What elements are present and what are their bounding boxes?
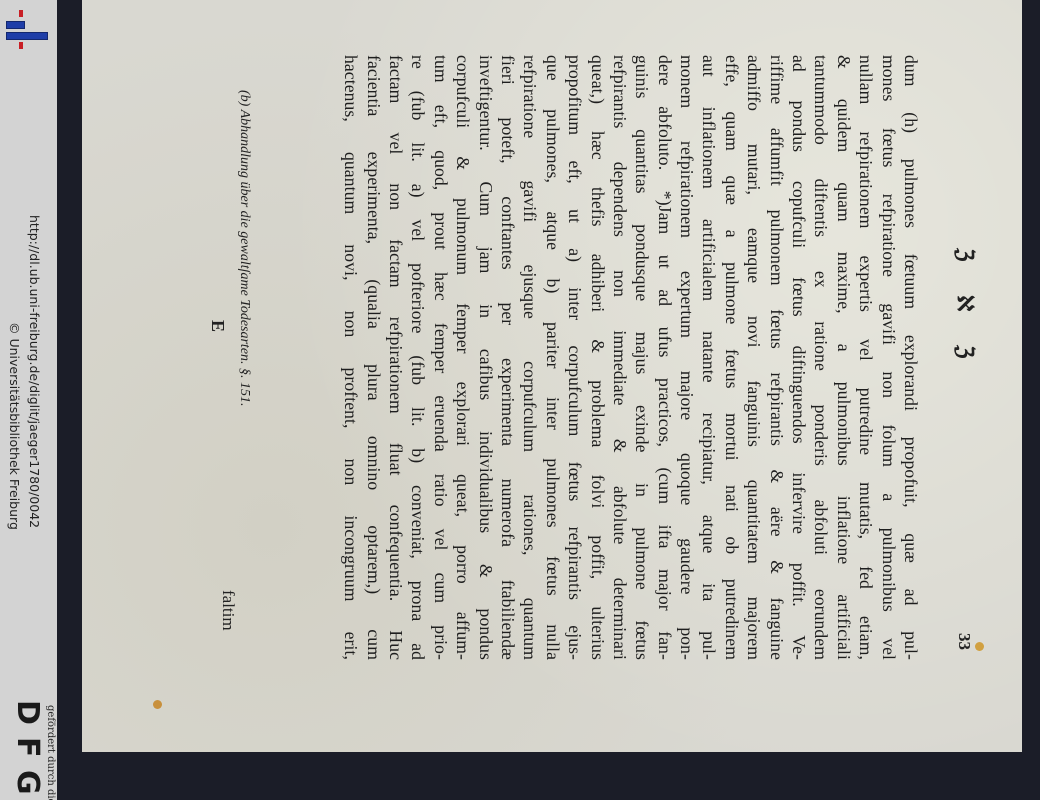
- text-line: guinis quantitas pondusque majus exinde …: [631, 55, 653, 660]
- catchword: faltim: [218, 590, 238, 631]
- text-line: que pulmones, atque b) pariter inter pul…: [541, 55, 563, 660]
- text-line: dum (h) pulmones fœtuum explorandi propo…: [900, 55, 922, 660]
- dfg-mark-icon: DFG: [8, 700, 42, 795]
- sidebar: http://dl.ub.uni-freiburg.de/diglit/jaeg…: [0, 0, 58, 800]
- scanned-page: ℨ ℵ ℨ 33 dum (h) pulmones fœtuum explora…: [82, 0, 1022, 752]
- scanned-page-area: ℨ ℵ ℨ 33 dum (h) pulmones fœtuum explora…: [82, 0, 1022, 752]
- body-text: dum (h) pulmones fœtuum explorandi propo…: [340, 55, 922, 660]
- text-line: facientia experimenta, (qualia plura omn…: [362, 55, 384, 660]
- paper-stain: [153, 700, 162, 709]
- footnote: (b) Abhandlung über die gewaltſame Todes…: [236, 90, 252, 407]
- text-line: riffime affumfit pulmonem fœtus refpiran…: [765, 55, 787, 660]
- text-line: admiffo mutari, eamque novi fanguinis qu…: [743, 55, 765, 660]
- text-line: refpirantis dependens non immediate & ab…: [609, 55, 631, 660]
- text-line: re (fub lit. a) vel pofteriore (fub lit.…: [407, 55, 429, 660]
- text-line: tum eft, quod, prout hæc femper eruenda …: [429, 55, 451, 660]
- funder-text: gefördert durch die: [45, 705, 56, 800]
- text-line: monem refpirationem expertum majore quoq…: [676, 55, 698, 660]
- text-line: & quidem quam maxime, a pulmonibus infla…: [832, 55, 854, 660]
- text-line: corpufculi & pulmonum femper explorari q…: [452, 55, 474, 660]
- logo-blue-bar-long: [6, 32, 48, 40]
- logo-red-mark-bottom: [19, 42, 23, 49]
- text-line: fieri poteft, conftantes per experimenta…: [497, 55, 519, 660]
- text-line: propofitum eft, ut a) inter corpufculum …: [564, 55, 586, 660]
- text-line: aut inflationem artificialem natante rec…: [698, 55, 720, 660]
- copyright-notice: © Universitätsbibliothek Freiburg: [7, 322, 22, 530]
- page-number: 33: [954, 633, 974, 650]
- logo-blue-bar-short: [6, 21, 25, 29]
- text-line: dere abfoluto. *)Jam ut ad ufus practico…: [653, 55, 675, 660]
- signature-mark: E: [207, 320, 228, 332]
- text-line: mones fœtus refpiratione gavifi non folu…: [877, 55, 899, 660]
- text-line: nullam refpirationem expertis vel putred…: [855, 55, 877, 660]
- text-line: tantummodo diftentis ex ratione ponderis…: [810, 55, 832, 660]
- logo-red-mark-top: [19, 10, 23, 17]
- text-line: ad pondus copufculi fœtus diftinguendos …: [788, 55, 810, 660]
- dfg-funder-logo: DFG gefördert durch die: [4, 700, 54, 795]
- library-logo[interactable]: [6, 10, 50, 50]
- text-line: inveftigentur. Cum jam in cafibus indivi…: [474, 55, 496, 660]
- text-line: queat,) hæc thefis adhiberi & problema f…: [586, 55, 608, 660]
- text-line: factam vel non factam refpirationem flua…: [385, 55, 407, 660]
- permalink-url[interactable]: http://dl.ub.uni-freiburg.de/diglit/jaeg…: [27, 215, 42, 528]
- text-line: refpiratione gavifi ejusque corpufculum …: [519, 55, 541, 660]
- text-line: effe, quam quæ a pulmone fœtus mortui na…: [720, 55, 742, 660]
- text-line: hactenus, quantum novi, non proftent, no…: [340, 55, 362, 660]
- page-header: ℨ ℵ ℨ 33: [952, 0, 1022, 752]
- paper-stain: [975, 642, 984, 651]
- header-ornament: ℨ ℵ ℨ: [952, 248, 978, 373]
